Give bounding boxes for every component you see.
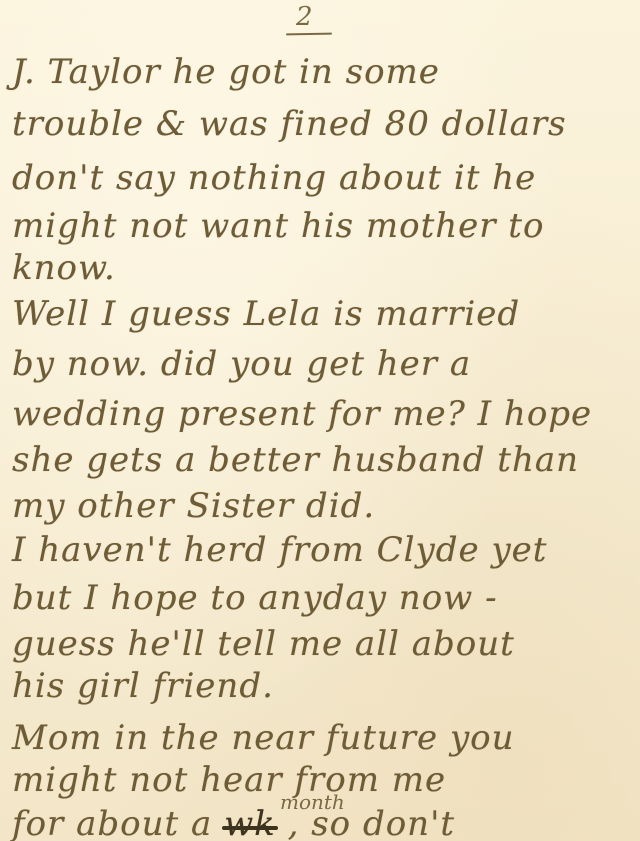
last-line-end: , so don't [288, 804, 455, 841]
letter-line: wedding present for me? I hope [12, 394, 592, 434]
letter-line: guess he'll tell me all about [12, 624, 515, 664]
letter-line: I haven't herd from Clyde yet [12, 530, 547, 570]
struck-out-word: wk [224, 804, 276, 841]
letter-line: my other Sister did. [12, 486, 375, 526]
letter-line-last: for about a wk , so don't [12, 804, 455, 841]
letter-line: by now. did you get her a [12, 344, 471, 384]
page-number: 2 [296, 2, 313, 32]
letter-line: know. [12, 248, 116, 288]
letter-line: don't say nothing about it he [12, 158, 536, 198]
last-line-start: for about a [12, 804, 212, 841]
letter-line: Well I guess Lela is married [12, 294, 520, 334]
letter-line: trouble & was fined 80 dollars [12, 104, 567, 144]
letter-line: his girl friend. [12, 666, 274, 706]
letter-line: might not want his mother to [12, 206, 544, 246]
letter-line: Mom in the near future you [12, 718, 515, 758]
letter-line: might not hear from me [12, 760, 446, 800]
letter-page: 2 J. Taylor he got in some trouble & was… [0, 0, 640, 841]
page-number-underline [286, 33, 332, 36]
letter-line: J. Taylor he got in some [12, 52, 440, 92]
letter-line: she gets a better husband than [12, 440, 579, 480]
letter-line: but I hope to anyday now - [12, 578, 498, 618]
